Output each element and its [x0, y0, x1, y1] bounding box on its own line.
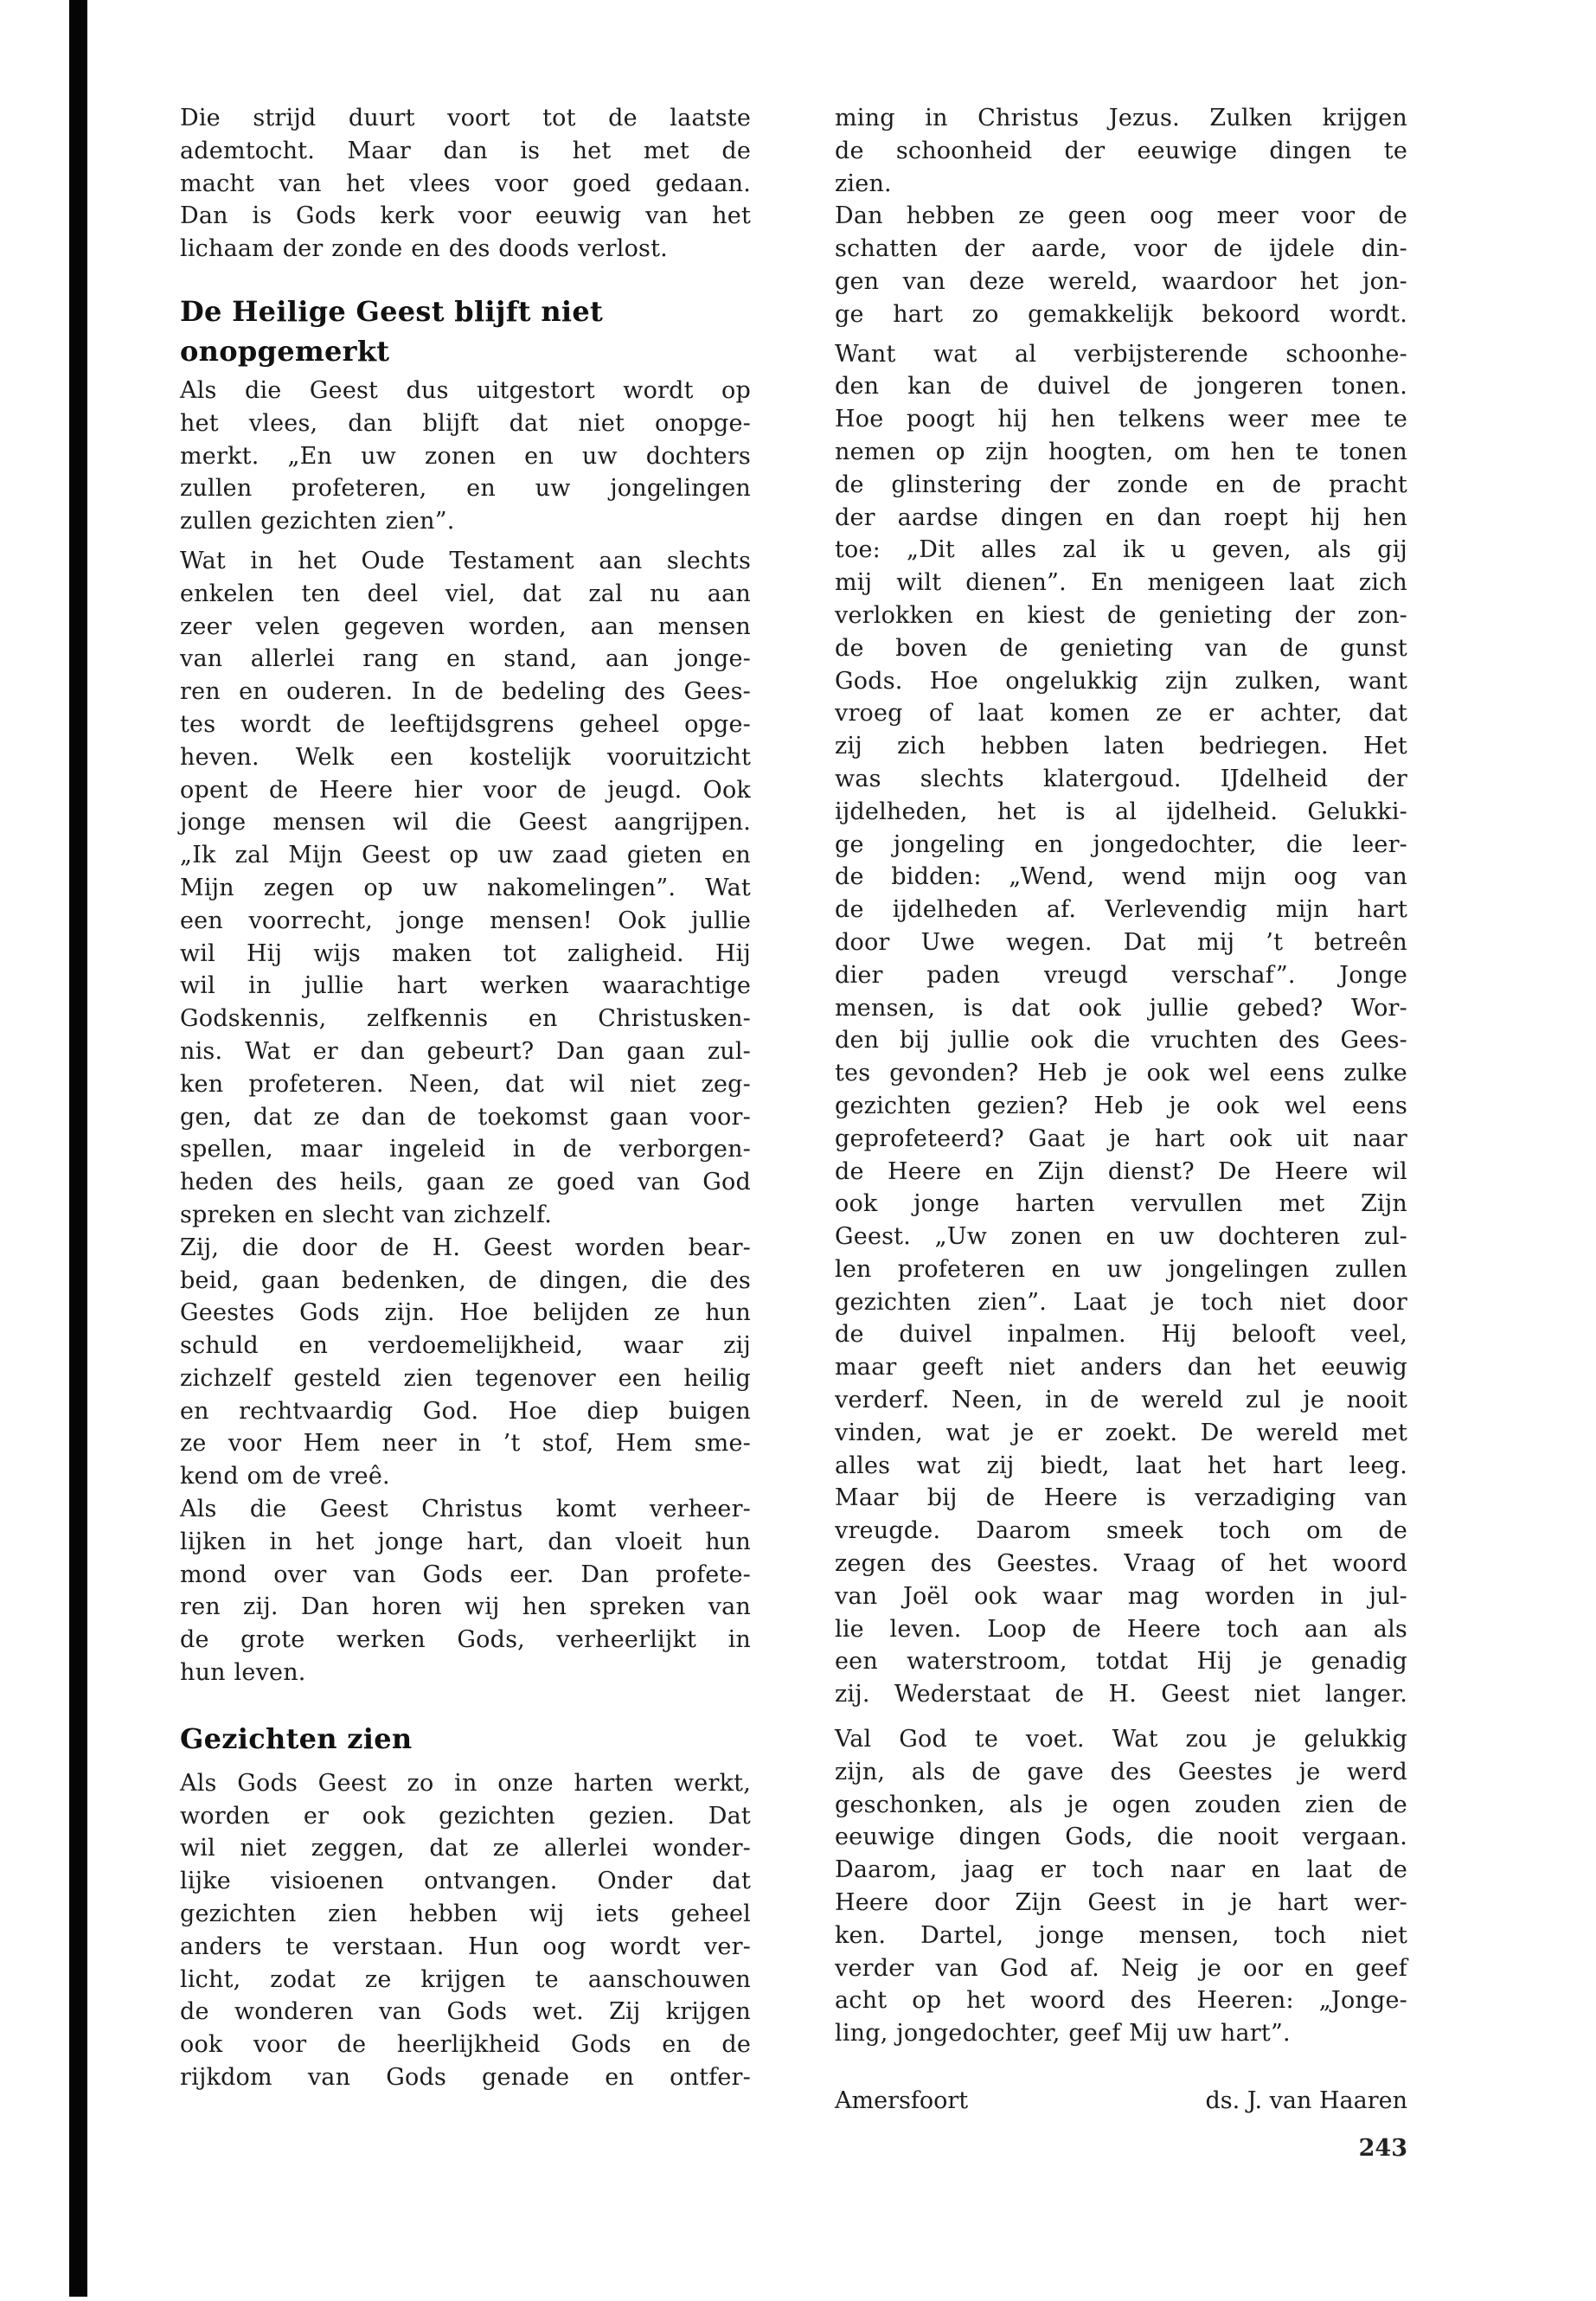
text-line: eeuwige dingen Gods, die nooit vergaan.	[835, 1821, 1407, 1854]
paragraph: ming in Christus Jezus. Zulken krijgen d…	[835, 102, 1407, 200]
text-line: geprofeteerd? Gaat je hart ook uit naar	[835, 1123, 1407, 1156]
text-line: Geestes Gods zijn. Hoe belijden ze hun	[180, 1297, 751, 1330]
paragraph: Dan hebben ze geen oog meer voor de scha…	[835, 200, 1407, 330]
text-line: Geest. „Uw zonen en uw dochteren zul-	[835, 1221, 1407, 1253]
text-line: beid, gaan bedenken, de dingen, die des	[180, 1265, 751, 1298]
text-line: de ijdelheden af. Verlevendig mijn hart	[835, 894, 1407, 926]
text-line: geschonken, als je ogen zouden zien de	[835, 1789, 1407, 1822]
text-line: van allerlei rang en stand, aan jonge-	[180, 643, 751, 676]
text-line: mond over van Gods eer. Dan profete-	[180, 1559, 751, 1592]
text-line: schatten der aarde, voor de ijdele din-	[835, 233, 1407, 266]
text-line: Gods. Hoe ongelukkig zijn zulken, want	[835, 665, 1407, 698]
text-line: door Uwe wegen. Dat mij ’t betreên	[835, 926, 1407, 959]
paragraph: Als die Geest Christus komt verheer- lij…	[180, 1493, 751, 1689]
text-line: der aardse dingen en dan roept hij hen	[835, 502, 1407, 535]
text-line: ook jonge harten vervullen met Zijn	[835, 1188, 1407, 1221]
text-line: ademtocht. Maar dan is het met de	[180, 135, 751, 168]
text-line: vinden, wat je er zoekt. De wereld met	[835, 1417, 1407, 1450]
text-line: zeer velen gegeven worden, aan mensen	[180, 611, 751, 644]
scan-binding-edge	[69, 0, 87, 2297]
text-line: zegen des Geestes. Vraag of het woord	[835, 1548, 1407, 1580]
text-line: verder van God af. Neig je oor en geef	[835, 1952, 1407, 1985]
text-line: zij zich hebben laten bedriegen. Het	[835, 730, 1407, 763]
section-heading-gezichten-zien: Gezichten zien	[180, 1719, 751, 1759]
text-line: gezichten gezien? Heb je ook wel eens	[835, 1090, 1407, 1123]
text-line: vroeg of laat komen ze er achter, dat	[835, 697, 1407, 730]
text-line: gen, dat ze dan de toekomst gaan voor-	[180, 1101, 751, 1134]
heading-line: onopgemerkt	[180, 331, 751, 371]
text-line: lichaam der zonde en des doods verlost.	[180, 233, 751, 266]
text-line: den bij jullie ook die vruchten des Gees…	[835, 1024, 1407, 1057]
section-heading-heilige-geest: De Heilige Geest blijft niet onopgemerkt	[180, 292, 751, 371]
text-line: de Heere en Zijn dienst? De Heere wil	[835, 1156, 1407, 1189]
text-line: en rechtvaardig God. Hoe diep buigen	[180, 1395, 751, 1428]
text-line: ken profeteren. Neen, dat wil niet zeg-	[180, 1068, 751, 1101]
text-line: licht, zodat ze krijgen te aanschouwen	[180, 1964, 751, 1997]
text-line: Als die Geest dus uitgestort wordt op	[180, 375, 751, 407]
text-line: worden er ook gezichten gezien. Dat	[180, 1800, 751, 1833]
text-line: Hoe poogt hij hen telkens weer mee te	[835, 403, 1407, 436]
text-line: Als die Geest Christus komt verheer-	[180, 1493, 751, 1526]
text-line: ze voor Hem neer in ’t stof, Hem sme-	[180, 1427, 751, 1460]
text-line: de schoonheid der eeuwige dingen te	[835, 135, 1407, 168]
text-line: Want wat al verbijsterende schoonhe-	[835, 338, 1407, 371]
signoff-author: ds. J. van Haaren	[1205, 2085, 1407, 2118]
text-line: de boven de genieting van de gunst	[835, 632, 1407, 665]
text-line: het vlees, dan blijft dat niet onopge-	[180, 407, 751, 440]
text-line: Dan is Gods kerk voor eeuwig van het	[180, 200, 751, 233]
text-line: spreken en slecht van zichzelf.	[180, 1199, 751, 1232]
text-line: acht op het woord des Heeren: „Jonge-	[835, 1984, 1407, 2017]
text-line: een voorrecht, jonge mensen! Ook jullie	[180, 905, 751, 938]
heading-line: De Heilige Geest blijft niet	[180, 292, 751, 331]
paragraph: Want wat al verbijsterende schoonhe- den…	[835, 338, 1407, 1711]
intro-paragraph: Die strijd duurt voort tot de laatste ad…	[180, 102, 751, 266]
text-line: tes gevonden? Heb je ook wel eens zulke	[835, 1057, 1407, 1090]
page-number: 243	[1359, 2135, 1407, 2162]
text-line: hun leven.	[180, 1657, 751, 1689]
text-line: gezichten zien hebben wij iets geheel	[180, 1898, 751, 1931]
text-line: toe: „Dit alles zal ik u geven, als gij	[835, 534, 1407, 567]
text-line: zullen gezichten zien”.	[180, 505, 751, 538]
text-line: Maar bij de Heere is verzadiging van	[835, 1482, 1407, 1515]
text-line: Daarom, jaag er toch naar en laat de	[835, 1854, 1407, 1887]
text-line: Heere door Zijn Geest in je hart wer-	[835, 1887, 1407, 1920]
text-line: was slechts klatergoud. IJdelheid der	[835, 763, 1407, 796]
heading-line: Gezichten zien	[180, 1719, 751, 1759]
text-line: Die strijd duurt voort tot de laatste	[180, 102, 751, 135]
text-line: zullen profeteren, en uw jongelingen	[180, 472, 751, 505]
text-line: heden des heils, gaan ze goed van God	[180, 1166, 751, 1199]
text-line: jonge mensen wil die Geest aangrijpen.	[180, 806, 751, 839]
text-line: ijdelheden, het is al ijdelheid. Gelukki…	[835, 796, 1407, 829]
text-line: mij wilt dienen”. En menigeen laat zich	[835, 567, 1407, 599]
text-line: Mijn zegen op uw nakomelingen”. Wat	[180, 872, 751, 905]
text-line: Zij, die door de H. Geest worden bear-	[180, 1232, 751, 1265]
text-line: gen van deze wereld, waardoor het jon-	[835, 266, 1407, 298]
text-line: len profeteren en uw jongelingen zullen	[835, 1253, 1407, 1286]
text-line: dier paden vreugd verschaf”. Jonge	[835, 959, 1407, 992]
text-line: verlokken en kiest de genieting der zon-	[835, 599, 1407, 632]
text-line: kend om de vreê.	[180, 1460, 751, 1493]
text-line: wil Hij wijs maken tot zaligheid. Hij	[180, 938, 751, 971]
text-line: heven. Welk een kostelijk vooruitzicht	[180, 741, 751, 774]
text-line: de grote werken Gods, verheerlijkt in	[180, 1624, 751, 1657]
paragraph: Zij, die door de H. Geest worden bear- b…	[180, 1232, 751, 1493]
text-line: gezichten zien”. Laat je toch niet door	[835, 1286, 1407, 1319]
paragraph: Wat in het Oude Testament aan slechts en…	[180, 545, 751, 1232]
text-line: opent de Heere hier voor de jeugd. Ook	[180, 774, 751, 807]
text-line: anders te verstaan. Hun oog wordt ver-	[180, 1931, 751, 1964]
text-line: wil in jullie hart werken waarachtige	[180, 970, 751, 1003]
text-line: nemen op zijn hoogten, om hen te tonen	[835, 436, 1407, 469]
text-line: ming in Christus Jezus. Zulken krijgen	[835, 102, 1407, 135]
text-line: verderf. Neen, in de wereld zul je nooit	[835, 1384, 1407, 1417]
text-line: ge jongeling en jongedochter, die leer-	[835, 829, 1407, 862]
text-line: merkt. „En uw zonen en uw dochters	[180, 440, 751, 473]
text-line: rijkdom van Gods genade en ontfer-	[180, 2061, 751, 2094]
text-line: mensen, is dat ook jullie gebed? Wor-	[835, 992, 1407, 1025]
text-line: alles wat zij biedt, laat het hart leeg.	[835, 1450, 1407, 1483]
paragraph: Val God te voet. Wat zou je gelukkig zij…	[835, 1723, 1407, 2050]
text-line: ren zij. Dan horen wij hen spreken van	[180, 1591, 751, 1624]
signoff-place: Amersfoort	[835, 2085, 968, 2118]
text-line: zichzelf gesteld zien tegenover een heil…	[180, 1362, 751, 1395]
text-line: de duivel inpalmen. Hij belooft veel,	[835, 1318, 1407, 1351]
signoff: Amersfoort ds. J. van Haaren	[835, 2085, 1407, 2118]
text-line: van Joël ook waar mag worden in jul-	[835, 1580, 1407, 1613]
text-line: zien.	[835, 168, 1407, 201]
paragraph: Als Gods Geest zo in onze harten werkt, …	[180, 1767, 751, 2094]
text-line: Wat in het Oude Testament aan slechts	[180, 545, 751, 578]
text-line: enkelen ten deel viel, dat zal nu aan	[180, 578, 751, 611]
text-line: schuld en verdoemelijkheid, waar zij	[180, 1330, 751, 1362]
text-line: macht van het vlees voor goed gedaan.	[180, 168, 751, 201]
text-line: de bidden: „Wend, wend mijn oog van	[835, 861, 1407, 894]
text-line: Godskennis, zelfkennis en Christusken-	[180, 1003, 751, 1035]
text-line: de glinstering der zonde en de pracht	[835, 469, 1407, 502]
text-line: zijn, als de gave des Geestes je werd	[835, 1756, 1407, 1789]
text-line: maar geeft niet anders dan het eeuwig	[835, 1351, 1407, 1384]
text-line: „Ik zal Mijn Geest op uw zaad gieten en	[180, 839, 751, 872]
text-line: vreugde. Daarom smeek toch om de	[835, 1515, 1407, 1548]
text-line: lijke visioenen ontvangen. Onder dat	[180, 1865, 751, 1898]
text-line: ken. Dartel, jonge mensen, toch niet	[835, 1920, 1407, 1952]
text-line: ren en ouderen. In de bedeling des Gees-	[180, 676, 751, 708]
text-line: de wonderen van Gods wet. Zij krijgen	[180, 1996, 751, 2029]
text-line: lie leven. Loop de Heere toch aan als	[835, 1613, 1407, 1646]
text-line: zij. Wederstaat de H. Geest niet langer.	[835, 1678, 1407, 1711]
text-line: Dan hebben ze geen oog meer voor de	[835, 200, 1407, 233]
text-line: een waterstroom, totdat Hij je genadig	[835, 1645, 1407, 1678]
text-line: den kan de duivel de jongeren tonen.	[835, 370, 1407, 403]
text-line: ling, jongedochter, geef Mij uw hart”.	[835, 2017, 1407, 2050]
text-line: lijken in het jonge hart, dan vloeit hun	[180, 1526, 751, 1559]
right-column: ming in Christus Jezus. Zulken krijgen d…	[835, 102, 1407, 2118]
text-line: spellen, maar ingeleid in de verborgen-	[180, 1133, 751, 1166]
text-line: nis. Wat er dan gebeurt? Dan gaan zul-	[180, 1035, 751, 1068]
paragraph: Als die Geest dus uitgestort wordt op he…	[180, 375, 751, 538]
text-line: ook voor de heerlijkheid Gods en de	[180, 2029, 751, 2061]
text-line: Val God te voet. Wat zou je gelukkig	[835, 1723, 1407, 1756]
text-line: ge hart zo gemakkelijk bekoord wordt.	[835, 298, 1407, 331]
text-line: wil niet zeggen, dat ze allerlei wonder-	[180, 1832, 751, 1865]
text-line: tes wordt de leeftijdsgrens geheel opge-	[180, 708, 751, 741]
text-line: Als Gods Geest zo in onze harten werkt,	[180, 1767, 751, 1800]
left-column: Die strijd duurt voort tot de laatste ad…	[180, 102, 751, 2094]
